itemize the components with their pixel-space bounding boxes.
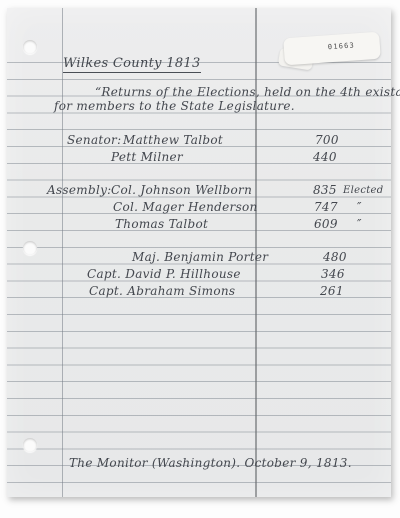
candidate-name: Matthew Talbot	[123, 134, 223, 147]
hole-punch-top	[23, 40, 37, 54]
margin-line	[62, 8, 63, 497]
senator-label: Senator:	[67, 134, 121, 147]
candidate-name: Col. Mager Henderson	[113, 201, 258, 214]
candidate-name: Pett Milner	[111, 151, 183, 164]
candidate-name: Maj. Benjamin Porter	[132, 251, 268, 264]
votes-value: 346	[321, 268, 345, 281]
page-title: Wilkes County 1813	[63, 57, 201, 73]
votes-value: 700	[315, 134, 339, 147]
votes-value: 609	[314, 218, 338, 231]
candidate-name: Thomas Talbot	[115, 218, 208, 231]
archival-sticker: 01663	[283, 32, 381, 66]
citation-line: The Monitor (Washington). October 9, 181…	[69, 457, 352, 470]
intro-line-1: “Returns of the Elections, held on the 4…	[95, 86, 400, 99]
votes-value: 747	[314, 201, 338, 214]
votes-value: 480	[323, 251, 347, 264]
ditto-mark: ″	[357, 201, 363, 214]
votes-value: 440	[313, 151, 337, 164]
page-scan: 01663 Wilkes County 1813 “Returns of the…	[0, 0, 400, 518]
assembly-label: Assembly:	[47, 184, 112, 197]
sticker-number: 01663	[328, 41, 356, 51]
votes-value: 261	[320, 285, 344, 298]
candidate-name: Capt. David P. Hillhouse	[87, 268, 241, 281]
notebook-paper: 01663 Wilkes County 1813 “Returns of the…	[7, 8, 391, 497]
hole-punch-middle	[23, 241, 37, 255]
elected-note: Elected	[343, 184, 383, 197]
hole-punch-bottom	[23, 438, 37, 452]
candidate-name: Col. Johnson Wellborn	[111, 184, 252, 197]
intro-line-2: for members to the State Legislature.	[54, 100, 295, 113]
votes-value: 835	[313, 184, 337, 197]
candidate-name: Capt. Abraham Simons	[89, 285, 235, 298]
ditto-mark: ″	[357, 218, 363, 231]
